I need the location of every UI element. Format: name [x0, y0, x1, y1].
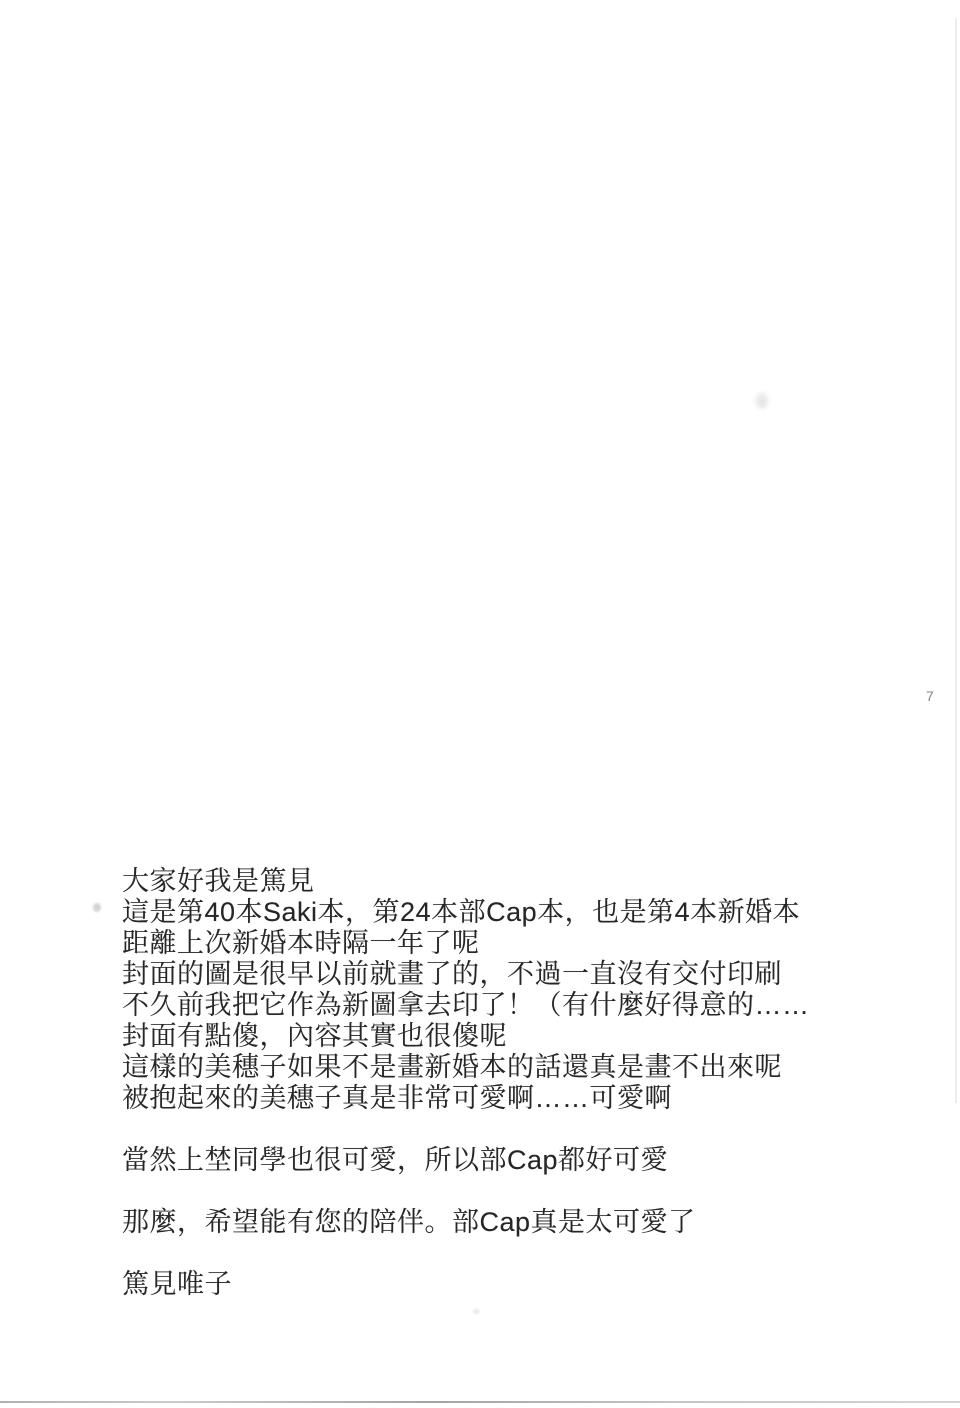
- afterword-line: 封面的圖是很早以前就畫了的，不過一直沒有交付印刷: [122, 959, 862, 990]
- afterword-text-block: 大家好我是篤見 這是第40本Saki本，第24本部Cap本，也是第4本新婚本 距…: [122, 866, 862, 1300]
- afterword-line: 這樣的美穗子如果不是畫新婚本的話還真是畫不出來呢: [122, 1052, 862, 1083]
- afterword-line: 大家好我是篤見: [122, 866, 862, 897]
- afterword-blank-line: [122, 1238, 862, 1269]
- afterword-line: 那麼，希望能有您的陪伴。部Cap真是太可愛了: [122, 1207, 862, 1238]
- scan-bottom-edge-line: [0, 1401, 960, 1403]
- afterword-blank-line: [122, 1176, 862, 1207]
- afterword-blank-line: [122, 1114, 862, 1145]
- scan-smudge: [93, 903, 101, 912]
- afterword-line: 不久前我把它作為新圖拿去印了！（有什麼好得意的……: [122, 990, 862, 1021]
- afterword-line: 被抱起來的美穗子真是非常可愛啊……可愛啊: [122, 1083, 862, 1114]
- scan-smudge: [756, 393, 768, 409]
- scanned-afterword-page: 大家好我是篤見 這是第40本Saki本，第24本部Cap本，也是第4本新婚本 距…: [0, 0, 960, 1408]
- afterword-line: 封面有點傻，內容其實也很傻呢: [122, 1021, 862, 1052]
- author-signature: 篤見唯子: [122, 1269, 862, 1300]
- scan-right-edge-line: [955, 18, 957, 1103]
- afterword-line: 當然上埜同學也很可愛，所以部Cap都好可愛: [122, 1145, 862, 1176]
- afterword-line: 距離上次新婚本時隔一年了呢: [122, 928, 862, 959]
- page-number: 7: [926, 689, 934, 703]
- scan-smudge: [473, 1309, 480, 1314]
- afterword-line: 這是第40本Saki本，第24本部Cap本，也是第4本新婚本: [122, 897, 862, 928]
